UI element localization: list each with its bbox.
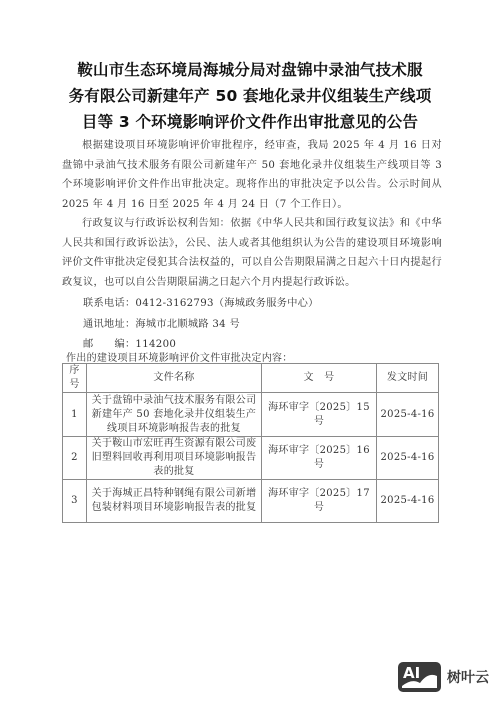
paragraph-legal-rights: 行政复议与行政诉讼权利告知：依据《中华人民共和国行政复议法》和《中华人民共和国行… [62, 214, 442, 292]
mountain-icon [398, 662, 441, 692]
cell-date: 2025-4-16 [377, 393, 439, 437]
table-row: 3 关于海城正昌特种钢绳有限公司新增包装材料项目环境影响报告表的批复 海环审字〔… [63, 480, 439, 523]
title-line-1: 鞍山市生态环境局海城分局对盘锦中录油气技术服 [62, 57, 438, 83]
cell-no: 1 [63, 393, 87, 437]
table-row: 1 关于盘锦中录油气技术服务有限公司新建年产 50 套地化录井仪组装生产线项目环… [63, 393, 439, 437]
table-row: 2 关于鞍山市宏旺再生资源有限公司废旧塑料回收再利用项目环境影响报告表的批复 海… [63, 437, 439, 480]
contact-address: 通讯地址：海城市北顺城路 34 号 [83, 315, 240, 330]
table-header-row: 序号 文件名称 文 号 发文时间 [63, 364, 439, 393]
header-no: 序号 [63, 364, 87, 393]
cell-file-name: 关于盘锦中录油气技术服务有限公司新建年产 50 套地化录井仪组装生产线项目环境影… [87, 393, 262, 437]
contact-postcode: 邮 编：114200 [83, 335, 176, 350]
cell-doc-no: 海环审字〔2025〕16 号 [262, 437, 377, 480]
title-line-3: 目等 3 个环境影响评价文件作出审批意见的公告 [62, 109, 438, 135]
watermark-label: 树叶云 [447, 667, 489, 687]
cell-date: 2025-4-16 [377, 437, 439, 480]
title-line-2: 务有限公司新建年产 50 套地化录井仪组装生产线项 [62, 83, 438, 109]
header-file-name: 文件名称 [87, 364, 262, 393]
table-intro: 作出的建设项目环境影响评价文件审批决定内容： [66, 349, 293, 364]
cell-file-name: 关于海城正昌特种钢绳有限公司新增包装材料项目环境影响报告表的批复 [87, 480, 262, 523]
cell-file-name: 关于鞍山市宏旺再生资源有限公司废旧塑料回收再利用项目环境影响报告表的批复 [87, 437, 262, 480]
cell-no: 2 [63, 437, 87, 480]
cell-no: 3 [63, 480, 87, 523]
cell-doc-no: 海环审字〔2025〕15 号 [262, 393, 377, 437]
contact-phone: 联系电话：0412-3162793（海城政务服务中心） [83, 294, 319, 309]
decisions-table: 序号 文件名称 文 号 发文时间 1 关于盘锦中录油气技术服务有限公司新建年产 … [62, 363, 439, 523]
cell-doc-no: 海环审字〔2025〕17 号 [262, 480, 377, 523]
paragraph-approval: 根据建设项目环境影响评价审批程序，经审查，我局 2025 年 4 月 16 日对… [62, 136, 442, 214]
watermark-logo: AI 树叶云 [398, 662, 489, 692]
header-doc-no: 文 号 [262, 364, 377, 393]
announcement-title: 鞍山市生态环境局海城分局对盘锦中录油气技术服 务有限公司新建年产 50 套地化录… [62, 57, 438, 135]
ai-landscape-icon: AI [398, 662, 441, 692]
cell-date: 2025-4-16 [377, 480, 439, 523]
header-date: 发文时间 [377, 364, 439, 393]
